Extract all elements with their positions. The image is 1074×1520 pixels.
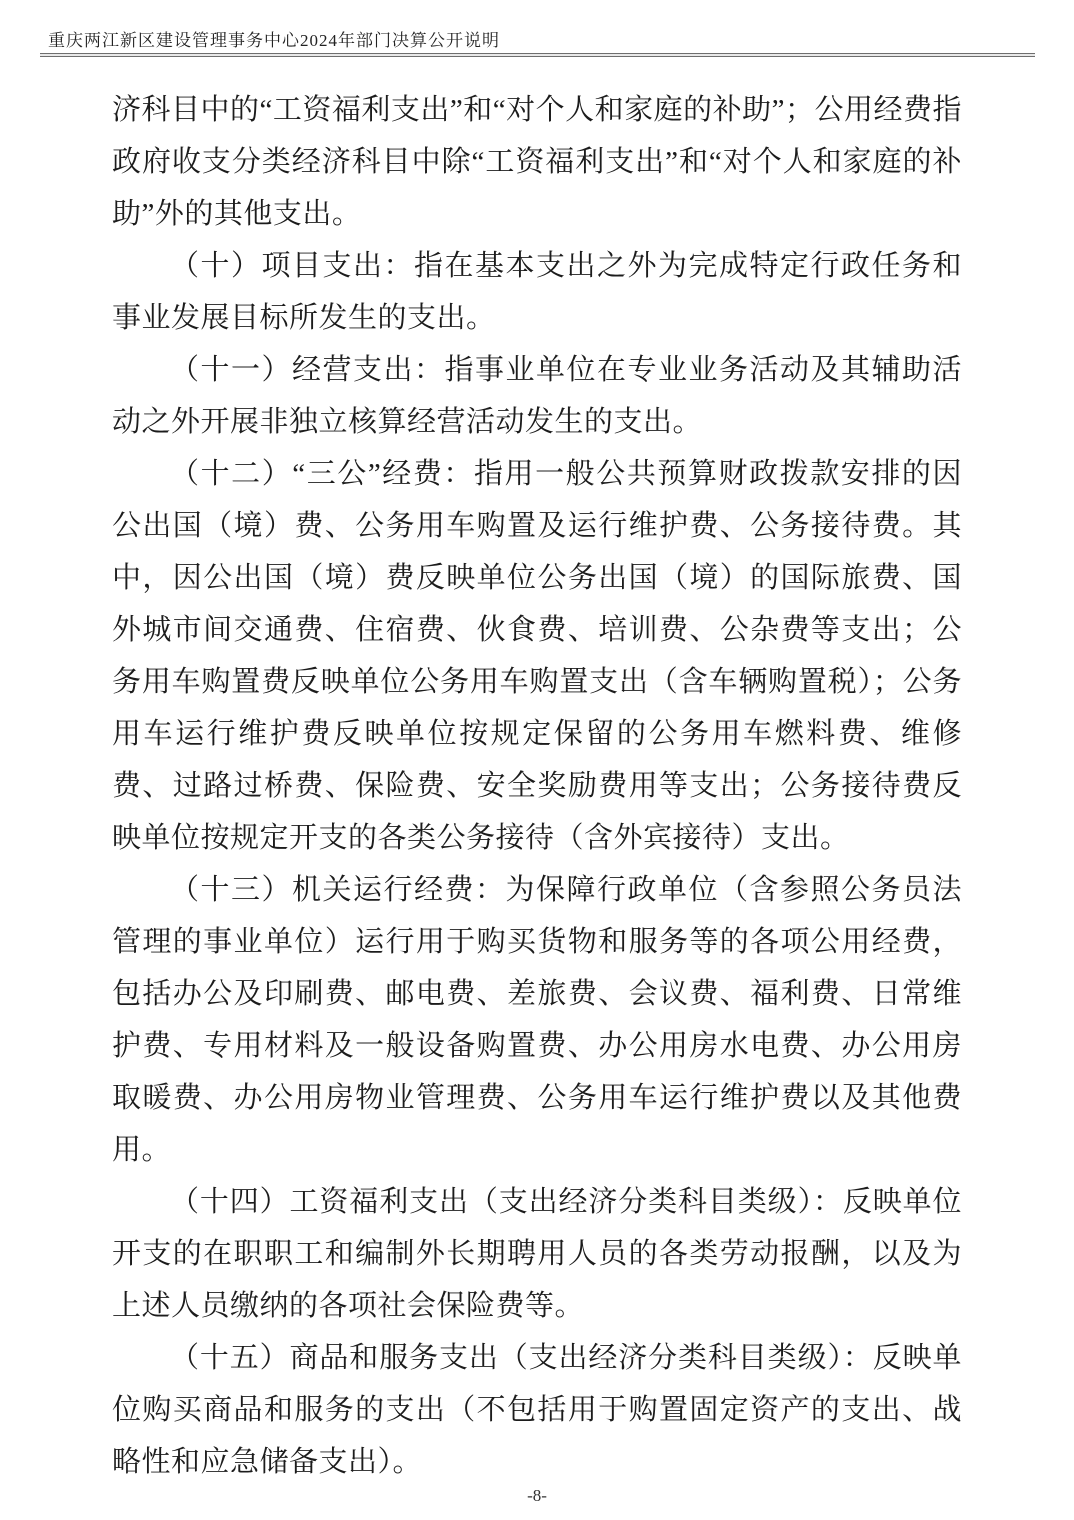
document-page: 重庆两江新区建设管理事务中心2024年部门决算公开说明 济科目中的“工资福利支出… bbox=[0, 0, 1074, 1520]
page-number: -8- bbox=[0, 1486, 1074, 1506]
body-paragraph: （十五）商品和服务支出（支出经济分类科目类级）：反映单位购买商品和服务的支出（不… bbox=[112, 1332, 962, 1488]
body-paragraph: （十二）“三公”经费：指用一般公共预算财政拨款安排的因公出国（境）费、公务用车购… bbox=[112, 448, 962, 864]
body-paragraph: （十一）经营支出：指事业单位在专业业务活动及其辅助活动之外开展非独立核算经营活动… bbox=[112, 344, 962, 448]
body-paragraph: （十三）机关运行经费：为保障行政单位（含参照公务员法管理的事业单位）运行用于购买… bbox=[112, 864, 962, 1176]
body-paragraph: （十四）工资福利支出（支出经济分类科目类级）：反映单位开支的在职职工和编制外长期… bbox=[112, 1176, 962, 1332]
document-header-title: 重庆两江新区建设管理事务中心2024年部门决算公开说明 bbox=[48, 26, 1026, 51]
document-body: 济科目中的“工资福利支出”和“对个人和家庭的补助”；公用经费指政府收支分类经济科… bbox=[112, 84, 962, 1488]
body-paragraph: 济科目中的“工资福利支出”和“对个人和家庭的补助”；公用经费指政府收支分类经济科… bbox=[112, 84, 962, 240]
body-paragraph: （十）项目支出：指在基本支出之外为完成特定行政任务和事业发展目标所发生的支出。 bbox=[112, 240, 962, 344]
header-rule bbox=[40, 53, 1035, 57]
